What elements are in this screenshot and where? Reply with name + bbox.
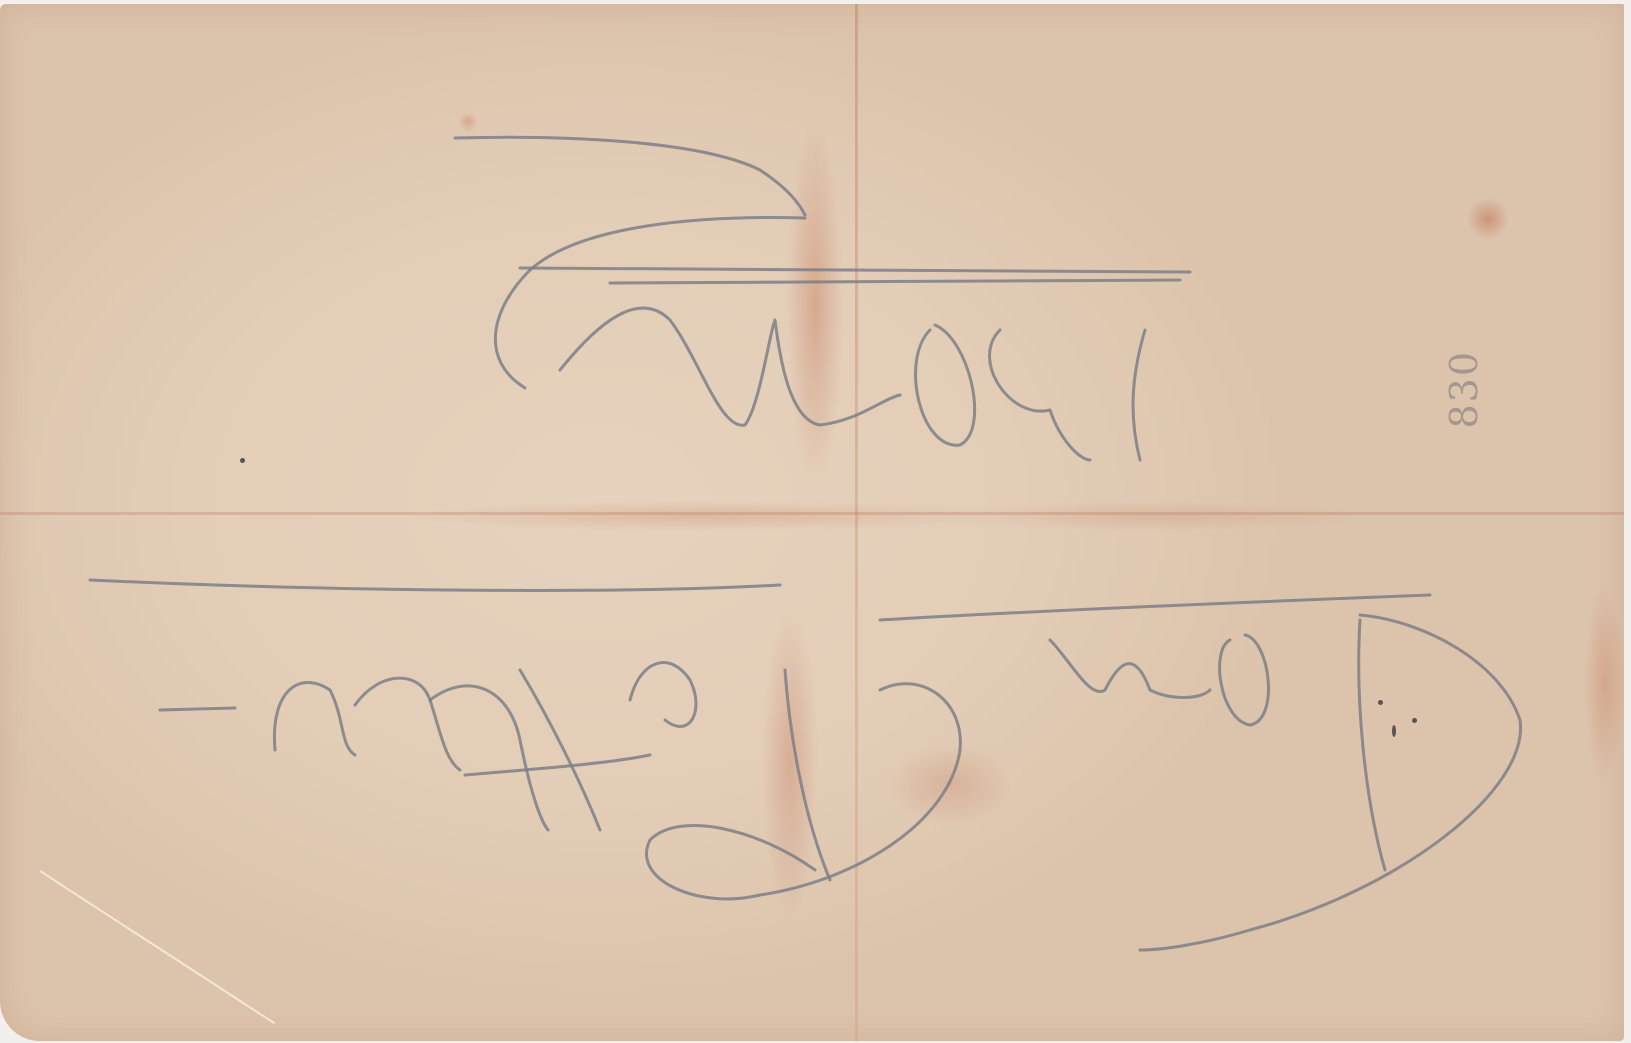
pencil-stroke [785,670,830,880]
pencil-stroke [520,670,600,830]
pencil-guide-line [520,268,1190,272]
pencil-guide-line [610,280,1180,283]
pencil-stroke [916,325,975,445]
pencil-stroke [1050,640,1210,698]
pencil-stroke [495,218,805,388]
pencil-guide-line [880,595,1430,620]
pencil-stroke [1359,620,1385,870]
pencil-guide-line [90,580,780,590]
pencil-stroke [160,708,235,710]
pencil-stroke [430,686,548,830]
pencil-stroke [1133,330,1145,460]
pencil-stroke [1140,615,1521,950]
pencil-stroke [560,308,900,425]
pencil-stroke [455,137,805,215]
pencil-stroke [274,683,355,756]
pencil-stroke [1220,635,1269,725]
pencil-handwriting [0,0,1631,1043]
pencil-stroke [630,663,696,727]
pencil-stroke [990,330,1090,460]
pencil-stroke [465,755,650,775]
